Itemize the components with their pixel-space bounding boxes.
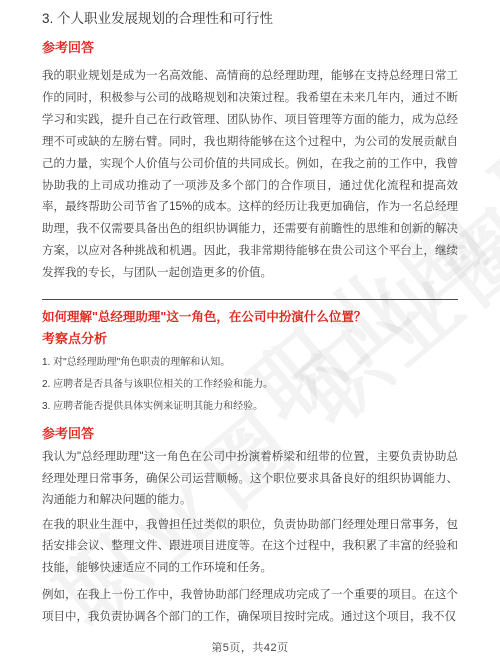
section-divider — [42, 299, 458, 300]
reference-answer-paragraph: 例如，在我上一份工作中，我曾协助部门经理成功完成了一个重要的项目。在这个项目中，… — [42, 585, 458, 628]
question-heading: 如何理解"总经理助理"这一角色，在公司中扮演什么位置？ — [42, 309, 458, 325]
reference-answer-text-1: 我的职业规划是成为一名高效能、高情商的总经理助理，能够在支持总经理日常工作的同时… — [42, 66, 458, 285]
analysis-points-label: 考察点分析 — [42, 331, 458, 347]
page-content: 3. 个人职业发展规划的合理性和可行性 参考回答 我的职业规划是成为一名高效能、… — [42, 0, 458, 628]
analysis-point-item: 3. 应聘者能否提供具体实例来证明其能力和经验。 — [42, 400, 458, 413]
reference-answer-paragraph: 在我的职业生涯中，我曾担任过类似的职位，负责协助部门经理处理日常事务，包括安排会… — [42, 515, 458, 580]
reference-answer-paragraph: 我认为"总经理助理"这一角色在公司中扮演着桥梁和纽带的位置，主要负责协助总经理处… — [42, 447, 458, 512]
reference-answer-label-1: 参考回答 — [42, 40, 458, 56]
analysis-point-item: 1. 对"总经理助理"角色职责的理解和认知。 — [42, 356, 458, 369]
document-page: 职业圈 职业圈 职业圈 职业圈 3. 个人职业发展规划的合理性和可行性 参考回答… — [0, 0, 500, 667]
page-number: 第5页，共42页 — [0, 641, 500, 655]
reference-answer-label-2: 参考回答 — [42, 426, 458, 442]
analysis-point-3: 3. 个人职业发展规划的合理性和可行性 — [42, 10, 458, 27]
analysis-point-item: 2. 应聘者是否具备与该职位相关的工作经验和能力。 — [42, 378, 458, 391]
